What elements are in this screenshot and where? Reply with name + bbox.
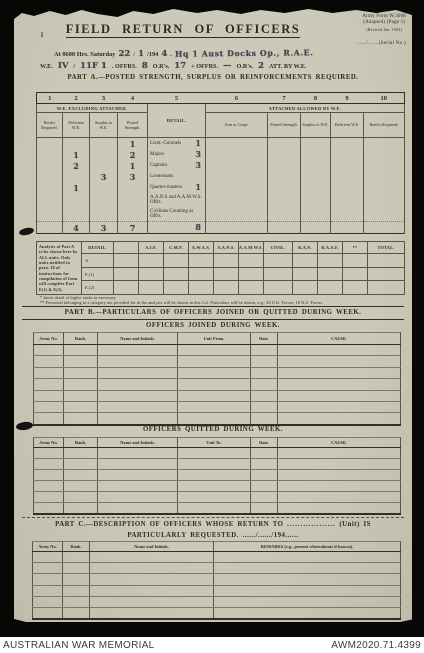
stamp-year: 4 [161,50,167,59]
stamp-count: 1 [195,182,201,192]
table-row [34,345,401,356]
table-row [34,390,401,401]
stamp-month: 1 [138,50,144,59]
table-row [34,481,401,492]
stamp-unit-name: Hq 1 Aust Docks Op., R.A.E. [175,48,314,58]
totals-row: 437 8 [37,222,405,234]
table-row [34,470,401,481]
date-slash1: / [133,51,135,58]
stamp-att-offrs: — [223,62,232,71]
stamp-att-ors: 2 [258,62,264,71]
part-a-heading: PART A.—POSTED STRENGTH, SURPLUS OR REIN… [14,74,412,81]
archive-org-label: AUSTRALIAN WAR MEMORIAL [3,640,155,651]
table-row: 33 Lieutenants [37,171,405,182]
stamp-day: 22 [118,50,130,59]
serial-no-line: ....../.......(Serial No.) [357,41,406,46]
army-form-reference: Army Form W.3008 (Adapted) (Page 1) (Rev… [362,14,406,32]
stamp-count: 3 [195,149,201,159]
stamp-ors-count: 17 [174,62,186,71]
date-blank: ....../....../194...... [243,532,299,539]
date-line: At 0600 Hrs. Saturday 22 / 1 /194 4 . Hq… [54,49,313,59]
stamp-total: 8 [195,222,201,232]
quitted-header-row: Army No.Rank.Name and Initials.Unit To.D… [34,438,401,448]
date-prefix: At 0600 Hrs. Saturday [54,51,115,58]
officers-quitted-heading: OFFICERS QUITTED DURING WEEK. [14,426,412,433]
table-row: A. [37,254,405,267]
part-c-header-row: Army No.Rank.Name and Initials.REMARKS (… [33,542,401,552]
table-row: 21 Captains3 [37,160,405,171]
table-row [34,492,401,503]
part-b-heading: PART B.—PARTICULARS OF OFFICERS JOINED O… [14,309,412,316]
ors-label: O.R's. [153,63,170,70]
table-row [33,563,401,574]
stamp-offrs-count: 8 [142,62,148,71]
table-row: E.(1) [37,267,405,280]
officers-quitted-table: Army No.Rank.Name and Initials.Unit To.D… [33,437,401,515]
table-row: A.A.N.S and A.A.M.W.S. Offrs. [37,193,405,207]
analysis-note: Analysis of Part A to be shown here by A… [37,242,82,295]
table-row: E.(2) [37,281,405,294]
part-c-heading-text: PART C.—DESCRIPTION OF OFFICERS WHOSE RE… [55,521,283,528]
table-row [34,413,401,425]
perforation-line [22,517,404,518]
table-row [33,574,401,585]
particularly-requested-label: PARTICULARLY REQUESTED. [127,532,238,539]
divider [22,306,404,307]
part-a-table: 12345678910 W.E. EXCLUDING ATTACHED. DET… [36,92,405,234]
table-row [33,607,401,619]
table-row [34,379,401,390]
part-c-heading-line1: PART C.—DESCRIPTION OF OFFICERS WHOSE RE… [14,521,412,528]
analysis-table: Analysis of Part A to be shown here by A… [36,241,405,295]
stamp-we-type: IV [58,62,69,71]
archive-id-label: AWM2020.71.4399 [331,640,421,651]
stamp-we-number: 11F 1 [80,62,107,71]
form-ref-line2: (Adapted) (Page 1) [362,20,406,26]
detail-column-header: DETAIL. [148,104,206,138]
total-posted: 7 [118,222,148,234]
stamp-count: 3 [195,160,201,170]
date-year-prefix: /194 [147,51,158,58]
part-c-table: Army No.Rank.Name and Initials.REMARKS (… [32,541,401,620]
sub-header-row: Rein'ts Required.Deficient W.E.Surplus t… [37,113,405,138]
table-row [34,401,401,412]
rank-label: Lieutenants [148,174,205,179]
divider [22,319,404,320]
total-deficient: 4 [63,222,90,234]
rank-label: Civilians Counting as Offrs. [148,209,205,220]
table-row: 12 Majors3 [37,149,405,160]
table-row: Civilians Counting as Offrs. [37,207,405,222]
table-row [34,503,401,515]
joined-header-row: Army No.Rank.Name and Initials.Unit From… [34,333,401,345]
table-row: 1 Quarter-masters1 [37,182,405,193]
column-numbers-row: 12345678910 [37,93,405,104]
table-row [34,459,401,470]
officers-joined-heading: OFFICERS JOINED DURING WEEK. [14,322,412,329]
we-slash: / [73,63,75,70]
group-we-excluding: W.E. EXCLUDING ATTACHED. [37,104,148,113]
date-dot: . [170,51,172,58]
table-row [33,585,401,596]
offrs-label: . OFFRS. [112,63,137,70]
footnote-2: ** Personnel belonging to a category not… [40,300,322,305]
form-ref-line3: (Revised Jan. 1943) [362,27,406,32]
table-row [34,356,401,367]
archive-footer: AUSTRALIAN WAR MEMORIAL AWM2020.71.4399 [0,637,424,653]
ink-blot [18,227,34,237]
stamp-count: 1 [195,138,201,148]
att-ors-label: O.R's. [237,63,254,70]
group-header-row: W.E. EXCLUDING ATTACHED. DETAIL. ATTACHE… [37,104,405,113]
form-paper: Army Form W.3008 (Adapted) (Page 1) (Rev… [14,8,412,622]
group-attached-allowed: ATTACHED ALLOWED BY W.E. [206,104,405,113]
officers-joined-table: Army No.Rank.Name and Initials.Unit From… [33,332,401,426]
plus-offrs-label: + OFFRS. [191,63,218,70]
rank-label: A.A.N.S and A.A.M.W.S. Offrs. [148,195,205,206]
table-row [34,367,401,378]
footnote-star: * [202,138,205,142]
part-c-heading-line2: PARTICULARLY REQUESTED. ....../....../19… [14,532,412,539]
we-label: W.E. [40,63,53,70]
total-surplus: 3 [90,222,118,234]
unit-blank: .................. [287,521,336,528]
we-strength-line: W.E. IV / 11F 1 . OFFRS. 8 O.R's. 17 + O… [40,62,307,71]
analysis-header-row: Analysis of Part A to be shown here by A… [37,242,405,254]
table-row [33,596,401,607]
table-row [33,552,401,563]
att-by-we-label: ATT. BY W.E. [269,63,307,70]
form-title: FIELD RETURN OF OFFICERS [14,22,352,37]
unit-is-label: (Unit) IS [339,521,371,528]
table-row [34,448,401,459]
table-row: 1 *Lieut.-Colonels1 [37,138,405,150]
